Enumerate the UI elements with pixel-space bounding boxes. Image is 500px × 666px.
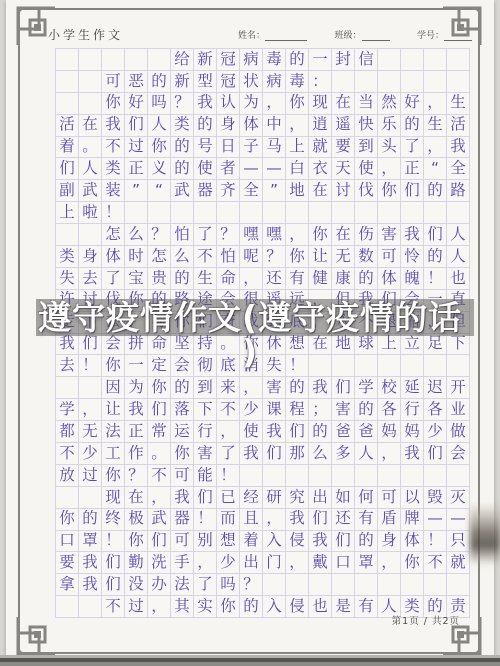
grid-cell: 新 (171, 71, 194, 93)
grid-cell: 办 (148, 574, 171, 596)
grid-cell: 嘿 (240, 224, 263, 246)
grid-cell: 口 (56, 531, 79, 553)
grid-cell: 生 (424, 115, 447, 137)
grid-cell (332, 574, 355, 596)
grid-cell: 可 (171, 531, 194, 553)
grid-cell: 那 (286, 443, 309, 465)
grid-cell: 身 (79, 246, 102, 268)
grid-cell: 都 (56, 421, 79, 443)
grid-cell: 多 (332, 443, 355, 465)
essay-row: 要我们勤洗手，少出门，戴口罩，你不就 (56, 552, 470, 574)
grid-cell (355, 202, 378, 224)
grid-cell: 洗 (148, 552, 171, 574)
grid-cell (79, 377, 102, 399)
grid-cell: ， (263, 509, 286, 531)
grid-cell: 侵 (286, 596, 309, 618)
essay-row: 怎么？怕了？嘿嘿，你在伤害我们人 (56, 224, 470, 246)
grid-cell: 业 (447, 399, 470, 421)
grid-cell: 活 (447, 115, 470, 137)
grid-cell: 我 (263, 421, 286, 443)
grid-cell: 使 (194, 158, 217, 180)
grid-cell (79, 596, 102, 618)
grid-cell: 们 (263, 443, 286, 465)
grid-cell: 的 (424, 246, 447, 268)
grid-cell: 别 (194, 531, 217, 553)
grid-cell: 马 (263, 137, 286, 159)
essay-row: 放过你？不可能！ (56, 465, 470, 487)
grid-cell: 而 (217, 509, 240, 531)
grid-cell (447, 49, 470, 71)
grid-cell: 的 (79, 509, 102, 531)
grid-cell (447, 71, 470, 93)
grid-cell (424, 465, 447, 487)
grid-cell (194, 202, 217, 224)
grid-cell: 还 (263, 268, 286, 290)
grid-cell (378, 49, 401, 71)
grid-cell: 健 (309, 268, 332, 290)
grid-cell (56, 596, 79, 618)
grid-cell: 学 (56, 399, 79, 421)
grid-cell: 好 (401, 93, 424, 115)
grid-cell: 号 (194, 137, 217, 159)
grid-cell: 有 (355, 596, 378, 618)
grid-cell: 不 (102, 596, 125, 618)
grid-cell: 了 (194, 224, 217, 246)
grid-cell: 们 (424, 443, 447, 465)
grid-cell: 身 (378, 531, 401, 553)
grid-cell: 爸 (332, 421, 355, 443)
grid-cell: 宝 (125, 268, 148, 290)
grid-cell: 工 (102, 443, 125, 465)
grid-cell: 妈 (401, 421, 424, 443)
grid-cell: 侵 (286, 531, 309, 553)
grid-cell: 我 (79, 552, 102, 574)
grid-cell: 类 (171, 115, 194, 137)
grid-cell (263, 202, 286, 224)
grid-cell: 齐 (217, 180, 240, 202)
grid-cell: ， (424, 137, 447, 159)
grid-cell (309, 574, 332, 596)
grid-cell: 做 (447, 421, 470, 443)
grid-cell: — (240, 158, 263, 180)
grid-cell: 拿 (56, 574, 79, 596)
grid-cell: 们 (56, 158, 79, 180)
essay-row: 副武装”“武器齐全”地在讨伐你们的路 (56, 180, 470, 202)
grid-cell: 不 (56, 443, 79, 465)
name-field-blank (265, 31, 307, 41)
grid-cell (125, 49, 148, 71)
class-field-label: 班级： (334, 28, 361, 41)
grid-cell: ， (194, 552, 217, 574)
grid-cell: ？ (148, 224, 171, 246)
grid-cell: 校 (378, 377, 401, 399)
grid-cell: 全 (447, 158, 470, 180)
grid-cell: 冠 (217, 49, 240, 71)
grid-cell: 要 (56, 552, 79, 574)
grid-cell (401, 202, 424, 224)
grid-cell: 课 (263, 399, 286, 421)
essay-row: 口罩！你们可别想着入侵我们的身体！只 (56, 531, 470, 553)
grid-cell (79, 487, 102, 509)
grid-cell: 着 (240, 531, 263, 553)
grid-cell: 病 (240, 49, 263, 71)
grid-cell: 在 (332, 93, 355, 115)
grid-cell: 生 (447, 93, 470, 115)
grid-cell: 病 (263, 71, 286, 93)
grid-cell: 们 (102, 552, 125, 574)
grid-cell: 武 (171, 180, 194, 202)
grid-cell: 我 (309, 531, 332, 553)
grid-cell (378, 465, 401, 487)
sheet-title: 小学生作文 (48, 26, 123, 43)
grid-cell: ” (125, 180, 148, 202)
grid-cell: 武 (79, 180, 102, 202)
page-number: 第1页 / 共2页 (392, 613, 460, 627)
grid-cell: 吗 (217, 574, 240, 596)
grid-cell: 的 (355, 531, 378, 553)
grid-cell (171, 202, 194, 224)
grid-cell: 不 (424, 552, 447, 574)
grid-cell: 我 (401, 224, 424, 246)
grid-cell: 了 (217, 443, 240, 465)
grid-cell: 逍 (309, 115, 332, 137)
grid-cell: 开 (447, 377, 470, 399)
grid-cell: 贵 (148, 268, 171, 290)
grid-cell: 要 (332, 137, 355, 159)
grid-cell: 讨 (332, 180, 355, 202)
grid-cell: 路 (447, 180, 470, 202)
grid-cell (355, 71, 378, 93)
essay-row: 可恶的新型冠状病毒： (56, 71, 470, 93)
grid-cell: 的 (171, 268, 194, 290)
grid-cell: 害 (332, 399, 355, 421)
grid-cell (217, 202, 240, 224)
grid-cell: 类 (56, 246, 79, 268)
grid-cell: 学 (355, 377, 378, 399)
grid-cell: “ (424, 158, 447, 180)
student-id-field: 学号： (417, 28, 472, 41)
grid-cell: ？ (263, 246, 286, 268)
grid-cell: 的 (194, 115, 217, 137)
grid-cell: 人 (79, 158, 102, 180)
grid-cell: 全 (240, 180, 263, 202)
essay-row: 因为你的到来，害的我们学校延迟开 (56, 377, 470, 399)
grid-cell: 落 (171, 399, 194, 421)
grid-cell: 的 (286, 377, 309, 399)
grid-cell: 能 (194, 465, 217, 487)
grid-cell: 就 (309, 137, 332, 159)
grid-cell: 极 (125, 509, 148, 531)
student-info-fields: 姓名： 班级： 学号： (238, 28, 472, 41)
grid-cell: 体 (240, 115, 263, 137)
essay-row: 你好吗？我认为，你现在当然好，生 (56, 93, 470, 115)
grid-cell: 的 (171, 137, 194, 159)
watermark-text-line2: ) (0, 334, 500, 370)
grid-cell: 可 (378, 246, 401, 268)
grid-cell: 一 (309, 49, 332, 71)
grid-cell: 为 (240, 93, 263, 115)
grid-cell: 可 (171, 465, 194, 487)
grid-cell (56, 487, 79, 509)
name-field-label: 姓名： (238, 28, 265, 41)
grid-cell: 如 (332, 487, 355, 509)
essay-row: 活在我们人类的身体中，逍遥快乐的生活 (56, 115, 470, 137)
essay-row: 们人类正义的使者——白衣天使，正“全 (56, 158, 470, 180)
grid-cell: “ (148, 180, 171, 202)
grid-cell: 想 (217, 531, 240, 553)
grid-cell: 人 (355, 443, 378, 465)
grid-cell (56, 224, 79, 246)
grid-cell: 迟 (424, 377, 447, 399)
essay-row: 拿我们没办法了吗？ (56, 574, 470, 596)
grid-cell: 怕 (217, 246, 240, 268)
grid-cell: ？ (125, 465, 148, 487)
grid-cell: 的 (309, 421, 332, 443)
grid-cell (263, 574, 286, 596)
grid-cell (56, 71, 79, 93)
grid-cell: 了 (401, 137, 424, 159)
grid-cell: 使 (355, 158, 378, 180)
grid-cell: ！ (424, 531, 447, 553)
grid-cell: 们 (194, 487, 217, 509)
grid-cell: 究 (286, 487, 309, 509)
grid-cell (424, 574, 447, 596)
grid-cell: 着 (56, 137, 79, 159)
grid-cell: 命 (217, 268, 240, 290)
grid-cell: ， (286, 224, 309, 246)
grid-cell (286, 202, 309, 224)
grid-cell: ， (79, 399, 102, 421)
grid-cell: 在 (309, 180, 332, 202)
grid-cell: 是 (332, 596, 355, 618)
grid-cell: 妈 (378, 421, 401, 443)
grid-cell: 伤 (355, 224, 378, 246)
grid-cell (56, 93, 79, 115)
grid-cell: 毒 (263, 49, 286, 71)
grid-cell: ， (148, 487, 171, 509)
grid-cell: 呢 (240, 246, 263, 268)
grid-cell: 白 (286, 158, 309, 180)
grid-cell: 我 (401, 443, 424, 465)
grid-cell: 到 (194, 377, 217, 399)
grid-cell: 来 (217, 377, 240, 399)
grid-cell: 的 (286, 49, 309, 71)
grid-cell: 口 (332, 552, 355, 574)
grid-cell: 入 (263, 531, 286, 553)
grid-cell: 的 (401, 115, 424, 137)
grid-cell: 门 (263, 552, 286, 574)
grid-cell (56, 49, 79, 71)
grid-cell: 们 (309, 509, 332, 531)
grid-cell: 盾 (378, 509, 401, 531)
grid-cell: 少 (240, 399, 263, 421)
photo-smudge (470, 503, 500, 565)
grid-cell (378, 202, 401, 224)
grid-cell: 研 (263, 487, 286, 509)
grid-cell: 人 (447, 224, 470, 246)
grid-cell: 数 (355, 246, 378, 268)
grid-cell: 们 (102, 574, 125, 596)
grid-cell: 会 (447, 443, 470, 465)
grid-cell: 们 (332, 531, 355, 553)
grid-cell: 上 (56, 202, 79, 224)
grid-cell: 行 (194, 421, 217, 443)
grid-cell: 副 (56, 180, 79, 202)
grid-cell: 们 (148, 399, 171, 421)
grid-cell: 过 (79, 465, 102, 487)
grid-cell: 的 (240, 596, 263, 618)
grid-cell (102, 49, 125, 71)
grid-cell: 爸 (355, 421, 378, 443)
grid-cell: ” (263, 180, 286, 202)
grid-cell: ！ (217, 465, 240, 487)
grid-cell (401, 465, 424, 487)
grid-cell: 。 (148, 443, 171, 465)
grid-cell: 没 (125, 574, 148, 596)
grid-cell: 有 (355, 509, 378, 531)
grid-cell: 我 (240, 443, 263, 465)
grid-cell: 们 (148, 531, 171, 553)
grid-cell: 灭 (447, 487, 470, 509)
grid-cell: ， (286, 115, 309, 137)
grid-cell: 者 (217, 158, 240, 180)
grid-cell: 我 (309, 377, 332, 399)
grid-cell: 运 (171, 421, 194, 443)
grid-cell: 么 (125, 224, 148, 246)
grid-cell: 各 (424, 399, 447, 421)
grid-cell: 害 (378, 224, 401, 246)
grid-cell: 你 (102, 465, 125, 487)
grid-cell: 你 (56, 509, 79, 531)
grid-cell: 体 (102, 246, 125, 268)
grid-cell: 人 (148, 115, 171, 137)
grid-cell: 的 (355, 268, 378, 290)
grid-cell: — (263, 158, 286, 180)
grid-cell: 正 (125, 421, 148, 443)
grid-cell: 武 (148, 509, 171, 531)
grid-cell: 恶 (125, 71, 148, 93)
grid-cell: 遥 (332, 115, 355, 137)
grid-cell: 了 (194, 574, 217, 596)
grid-cell: 你 (378, 180, 401, 202)
grid-cell: 失 (56, 268, 79, 290)
essay-row: 类身体时怎么不怕呢？你让无数可怜的人 (56, 246, 470, 268)
grid-cell: 不 (194, 246, 217, 268)
grid-cell: 勤 (125, 552, 148, 574)
grid-cell: 害 (194, 443, 217, 465)
grid-cell (263, 465, 286, 487)
grid-cell: 器 (194, 180, 217, 202)
grid-cell: ： (309, 71, 332, 93)
grid-cell: 少 (217, 552, 240, 574)
grid-cell: 只 (447, 531, 470, 553)
grid-cell: 牌 (401, 509, 424, 531)
grid-cell: ， (217, 421, 240, 443)
grid-cell: 冠 (217, 71, 240, 93)
grid-cell (332, 465, 355, 487)
grid-cell: 可 (102, 71, 125, 93)
grid-cell: 让 (309, 246, 332, 268)
grid-cell: 啦 (79, 202, 102, 224)
grid-cell: 衣 (309, 158, 332, 180)
grid-cell: 封 (332, 49, 355, 71)
grid-cell: 然 (378, 93, 401, 115)
grid-cell: 你 (171, 443, 194, 465)
grid-cell: 生 (194, 268, 217, 290)
grid-cell: 当 (355, 93, 378, 115)
grid-cell: ！ (102, 202, 125, 224)
grid-cell (286, 465, 309, 487)
grid-cell: 康 (332, 268, 355, 290)
grid-cell: 的 (171, 377, 194, 399)
grid-cell: 们 (125, 115, 148, 137)
grid-cell: 我 (447, 137, 470, 159)
grid-cell (79, 49, 102, 71)
grid-cell: 在 (79, 115, 102, 137)
grid-cell (447, 465, 470, 487)
watermark-text-line1: 遵守疫情作文(遵守疫情的话 (0, 300, 500, 336)
grid-cell: 你 (102, 93, 125, 115)
grid-cell: 好 (125, 93, 148, 115)
essay-row: 着。不过你的号日子马上就要到头了，我 (56, 137, 470, 159)
grid-cell: 我 (79, 574, 102, 596)
grid-cell: 吗 (148, 93, 171, 115)
grid-cell: 现 (102, 487, 125, 509)
grid-cell: 你 (309, 224, 332, 246)
grid-cell: ； (309, 399, 332, 421)
grid-cell: 过 (125, 137, 148, 159)
grid-cell: ， (148, 596, 171, 618)
grid-cell: — (447, 509, 470, 531)
grid-cell: 现 (309, 93, 332, 115)
grid-cell: ， (378, 158, 401, 180)
grid-cell: 的 (171, 158, 194, 180)
grid-cell: 还 (332, 509, 355, 531)
grid-cell: 害 (263, 377, 286, 399)
grid-cell: 体 (401, 531, 424, 553)
grid-cell: 各 (378, 399, 401, 421)
grid-cell: 放 (56, 465, 79, 487)
grid-cell (355, 574, 378, 596)
grid-cell: 们 (424, 224, 447, 246)
grid-cell: 状 (240, 71, 263, 93)
grid-cell: 人 (447, 246, 470, 268)
grid-cell: 活 (56, 115, 79, 137)
grid-cell: 其 (171, 596, 194, 618)
grid-cell: 伐 (355, 180, 378, 202)
grid-cell: ， (263, 93, 286, 115)
grid-cell: 下 (194, 399, 217, 421)
grid-cell: 们 (286, 421, 309, 443)
grid-cell (378, 71, 401, 93)
grid-cell (148, 202, 171, 224)
grid-cell: 不 (148, 465, 171, 487)
grid-cell: 型 (194, 71, 217, 93)
grid-cell: 也 (447, 268, 470, 290)
grid-cell: 天 (332, 158, 355, 180)
grid-cell: 少 (424, 421, 447, 443)
grid-cell: 也 (309, 596, 332, 618)
grid-cell: 延 (401, 377, 424, 399)
grid-cell: 地 (286, 180, 309, 202)
grid-cell (355, 465, 378, 487)
grid-cell: 给 (171, 49, 194, 71)
grid-cell (401, 71, 424, 93)
grid-cell: 们 (401, 180, 424, 202)
grid-cell: 快 (355, 115, 378, 137)
grid-cell: 的 (355, 399, 378, 421)
grid-cell: 有 (286, 268, 309, 290)
